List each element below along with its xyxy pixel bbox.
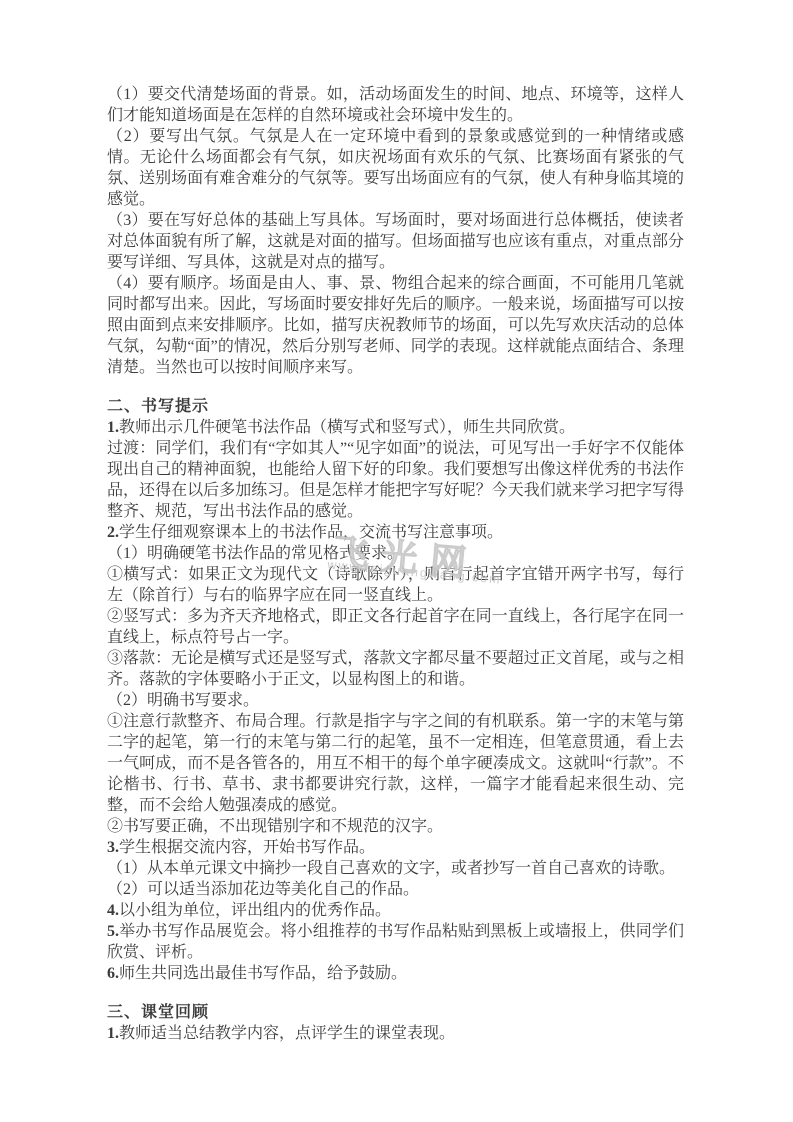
paragraph-number: 6. <box>107 965 119 982</box>
paragraph: ②书写要正确，不出现错别字和不规范的汉字。 <box>107 816 684 837</box>
section-heading: 三、课堂回顾 <box>107 1002 684 1023</box>
paragraph: 3.学生根据交流内容，开始书写作品。 <box>107 837 684 858</box>
paragraph: 2.学生仔细观察课本上的书法作品，交流书写注意事项。 <box>107 522 684 543</box>
paragraph: 5.举办书写作品展览会。将小组推荐的书写作品粘贴到黑板上或墙报上，供同学们欣赏、… <box>107 921 684 963</box>
paragraph: ③落款：无论是横写式还是竖写式，落款文字都尽量不要超过正文首尾，或与之相齐。落款… <box>107 648 684 690</box>
paragraph: （4）要有顺序。场面是由人、事、景、物组合起来的综合画面，不可能用几笔就同时都写… <box>107 273 684 378</box>
paragraph-number: 1. <box>107 419 119 436</box>
paragraph: ①注意行款整齐、布局合理。行款是指字与字之间的有机联系。第一字的末笔与第二字的起… <box>107 711 684 816</box>
paragraph: （1）要交代清楚场面的背景。如，活动场面发生的时间、地点、环境等，这样人们才能知… <box>107 84 684 126</box>
paragraph-number: 5. <box>107 923 119 940</box>
section-heading: 二、书写提示 <box>107 396 684 417</box>
paragraph: （3）要在写好总体的基础上写具体。写场面时，要对场面进行总体概括，使读者对总体面… <box>107 210 684 273</box>
paragraph: 6.师生共同选出最佳书写作品，给予鼓励。 <box>107 963 684 984</box>
paragraph: ①横写式：如果正文为现代文（诗歌除外），则首行起首字宜错开两字书写，每行左（除首… <box>107 564 684 606</box>
paragraph: （2）可以适当添加花边等美化自己的作品。 <box>107 879 684 900</box>
paragraph: 过渡：同学们，我们有“字如其人”“见字如面”的说法，可见写出一手好字不仅能体现出… <box>107 438 684 522</box>
paragraph: （2）要写出气氛。气氛是人在一定环境中看到的景象或感觉到的一种情绪或感情。无论什… <box>107 126 684 210</box>
paragraph: （1）从本单元课文中摘抄一段自己喜欢的文字，或者抄写一首自己喜欢的诗歌。 <box>107 858 684 879</box>
document-page: （1）要交代清楚场面的背景。如，活动场面发生的时间、地点、环境等，这样人们才能知… <box>107 84 684 1044</box>
paragraph: （1）明确硬笔书法作品的常见格式要求。 <box>107 543 684 564</box>
document-body: （1）要交代清楚场面的背景。如，活动场面发生的时间、地点、环境等，这样人们才能知… <box>107 84 684 1044</box>
paragraph-number: 2. <box>107 524 119 541</box>
paragraph-number: 4. <box>107 902 119 919</box>
paragraph: （2）明确书写要求。 <box>107 690 684 711</box>
paragraph-number: 1. <box>107 1025 119 1042</box>
paragraph: 4.以小组为单位，评出组内的优秀作品。 <box>107 900 684 921</box>
paragraph: 1.教师适当总结教学内容，点评学生的课堂表现。 <box>107 1023 684 1044</box>
paragraph-number: 3. <box>107 839 119 856</box>
paragraph: ②竖写式：多为齐天齐地格式，即正文各行起首字在同一直线上，各行尾字在同一直线上，… <box>107 606 684 648</box>
paragraph: 1.教师出示几件硬笔书法作品（横写式和竖写式），师生共同欣赏。 <box>107 417 684 438</box>
